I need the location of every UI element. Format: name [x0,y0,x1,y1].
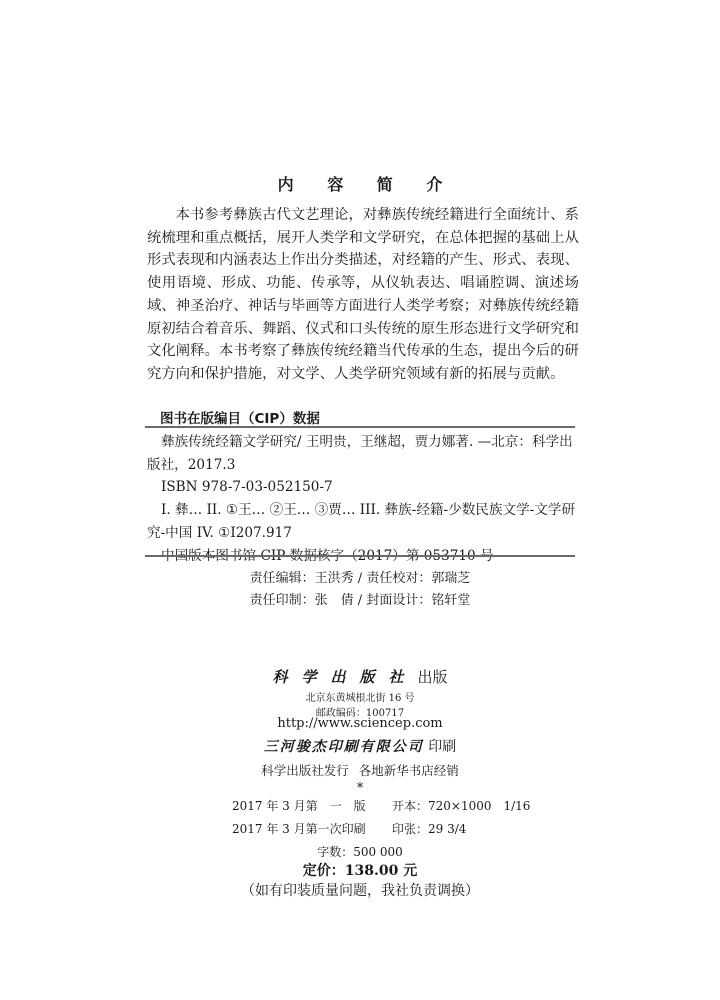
cip-classification: I. 彝… II. ①王… ②王… ③贾… III. 彝族-经籍-少数民族文学-… [147,499,577,544]
summary-paragraph: 本书参考彝族古代文艺理论，对彝族传统经籍进行全面统计、系统梳理和重点概括，展开人… [147,204,579,386]
word-count: 字数：500 000 [0,843,720,860]
distribution-line: 科学出版社发行 各地新华书店经销 [0,761,720,779]
publisher-line: 科学出版社出版 [0,666,720,687]
credits-block: 责任编辑：王洪秀 / 责任校对：郭瑞芝 责任印制：张 倩 / 封面设计：铭轩堂 [0,568,720,612]
separator-star: * [0,781,720,796]
format-line: 开本：720×1000 1/16 [392,797,530,814]
printer-line: 三河骏杰印刷有限公司 印刷 [0,736,720,756]
publisher-address: 北京东黄城根北街 16 号 [0,689,720,704]
price: 定价：138.00 元 [0,860,720,880]
publisher-url: http://www.sciencep.com [0,716,720,731]
credits-editors: 责任编辑：王洪秀 / 责任校对：郭瑞芝 [0,568,720,590]
sheets-line: 印张：29 3/4 [392,820,466,837]
cip-entry: 彝族传统经籍文学研究/ 王明贵，王继超，贾力娜著. —北京：科学出版社，2017… [147,431,577,476]
cip-heading: 图书在版编目（CIP）数据 [160,407,320,427]
printer-name: 三河骏杰印刷有限公司 [264,739,424,755]
edition-row: 2017 年 3 月第 一 版 开本：720×1000 1/16 [232,797,366,814]
cip-isbn: ISBN 978-7-03-052150-7 [147,476,577,499]
edition-line: 2017 年 3 月第 一 版 [232,799,366,813]
printing-line: 2017 年 3 月第一次印刷 [232,822,366,836]
cip-top-rule [145,426,575,428]
quality-note: （如有印装质量问题，我社负责调换） [0,880,720,900]
cip-bottom-rule [145,555,575,557]
publisher-suffix: 出版 [418,668,448,686]
credits-production: 责任印制：张 倩 / 封面设计：铭轩堂 [0,590,720,612]
printing-row: 2017 年 3 月第一次印刷 印张：29 3/4 [232,820,366,837]
publisher-name: 科学出版社 [272,668,417,686]
summary-title: 内 容 简 介 [0,172,720,195]
cip-block: 彝族传统经籍文学研究/ 王明贵，王继超，贾力娜著. —北京：科学出版社，2017… [147,431,577,567]
printer-suffix: 印刷 [428,739,456,755]
